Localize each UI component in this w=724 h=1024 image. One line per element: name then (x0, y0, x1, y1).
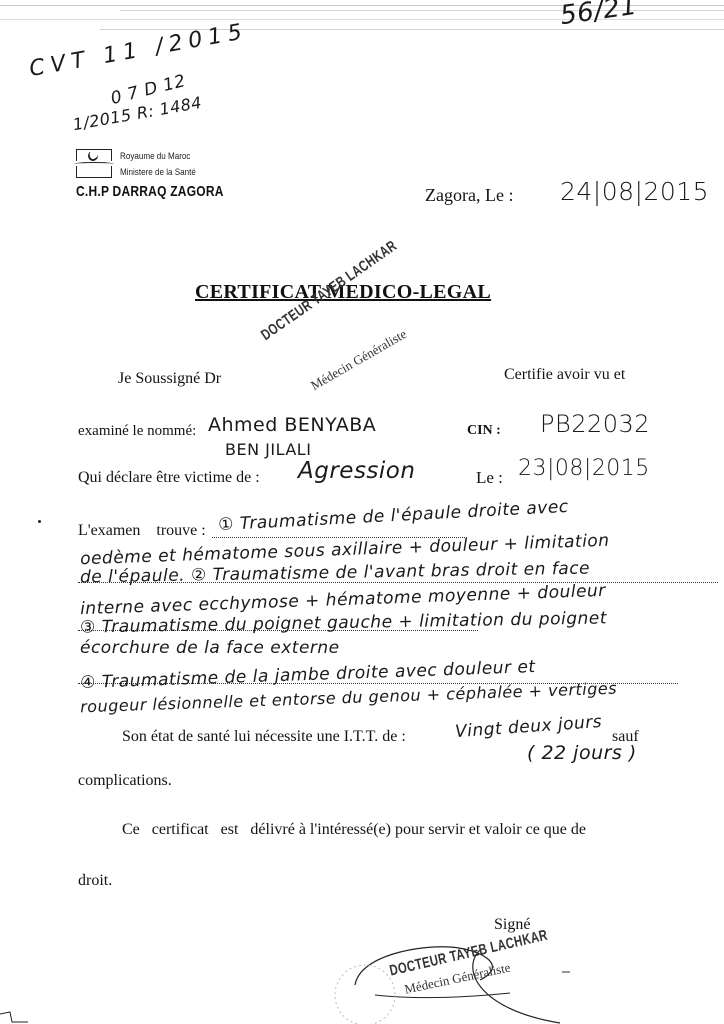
patient-name-line2: BEN JILALI (225, 440, 311, 459)
header-kingdom: Royaume du Maroc (120, 151, 190, 162)
finding-line-1: ① Traumatisme de l'épaule droite avec (218, 497, 569, 535)
margin-note-top-right: 56/21 (558, 0, 639, 31)
patient-name-line1: Ahmed BENYABA (208, 414, 376, 436)
incident-date: 23|08|2015 (518, 456, 650, 481)
complications-text: complications. (78, 772, 172, 790)
scan-dot (38, 520, 41, 523)
itt-suffix: sauf (612, 728, 639, 746)
victim-label: Qui déclare être victime de : (78, 469, 260, 487)
certify-label: Certifie avoir vu et (504, 366, 625, 384)
itt-value-words: Vingt deux jours (454, 712, 602, 742)
finding-line-6: écorchure de la face externe (80, 638, 340, 658)
itt-label: Son état de santé lui nécessite une I.T.… (122, 728, 406, 746)
cin-label: CIN : (467, 423, 501, 439)
examined-label: examiné le nommé: (78, 423, 196, 440)
closing-line-2: droit. (78, 872, 112, 890)
doctor-stamp-top: DOCTEUR TAYEB LACHKAR (258, 206, 444, 344)
header-ministry: Ministere de la Santé (120, 167, 196, 178)
morocco-emblem-icon (76, 149, 110, 179)
closing-line-1: Ce certificat est délivré à l'intéressé(… (122, 821, 586, 839)
exam-label: L'examen trouve : (78, 522, 206, 540)
intro-label: Je Soussigné Dr (118, 370, 221, 388)
hospital-name: C.H.P DARRAQ ZAGORA (76, 183, 224, 200)
incident-date-label: Le : (476, 468, 503, 488)
scan-corner-mark-icon (0, 1010, 30, 1024)
certificate-date: 24|08|2015 (560, 177, 709, 206)
stamp-role: Médecin Généraliste (308, 326, 409, 394)
cin-value: PB22032 (540, 410, 650, 438)
place-date-label: Zagora, Le : (425, 185, 513, 206)
victim-value: Agression (298, 458, 415, 484)
